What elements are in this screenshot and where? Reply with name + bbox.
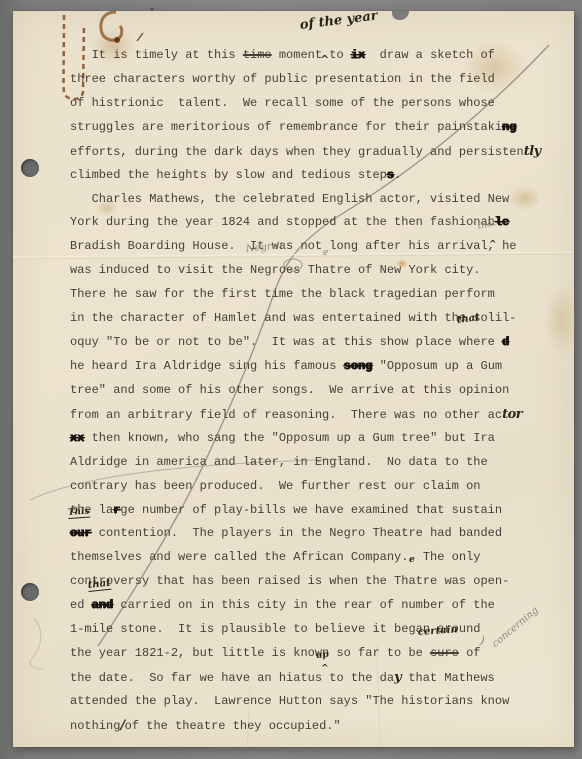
typed-text-segment: of [459,646,481,660]
typed-text-segment: oquy "To be or not to be". It was at thi… [70,335,502,349]
blot-text: ng [502,120,516,134]
blot-text: le [495,215,509,229]
typed-line: Aldridge in america and later, in Englan… [70,451,541,475]
typed-line: attended the play. Lawrence Hutton says … [70,690,541,714]
typed-text-segment: moment to [272,48,351,62]
typed-text-segment: ge number of play-bills we have examined… [120,503,502,517]
typed-line: oquy "To be or not to be". It was at thi… [70,331,541,355]
typed-line: efforts, during the dark days when they … [70,140,541,164]
typed-text-segment: in the character of Hamlet and was enter… [70,311,516,325]
typed-text: It is timely at this time moment to ix d… [70,44,541,738]
typed-text-segment: then known, who sang the "Opposum up a G… [84,431,494,445]
typed-line: struggles are meritorious of remembrance… [70,116,541,140]
hand-text: tly [524,144,541,159]
typed-text-segment: Bradish Boarding House. It was not long … [70,239,516,253]
typed-line: contrary has been produced. We further r… [70,475,541,499]
punch-hole-bottom [21,583,39,601]
typed-line: Charles Mathews, the celebrated English … [70,188,541,212]
typed-line: the date. So far we have an hiatus to th… [70,666,541,690]
typed-text-segment: that Mathews [401,671,495,685]
typed-text-segment: from an arbitrary field of reasoning. Th… [70,408,502,422]
typed-line: from an arbitrary field of reasoning. Th… [70,403,541,427]
note-e-theatre-1: e [323,249,328,258]
typed-text-segment: themselves and were called the African C… [70,550,480,564]
caret-after-moment: ^ [320,54,329,65]
note-this: This [68,507,90,518]
typed-line: tree" and some of his other songs. We ar… [70,379,541,403]
typed-line: Bradish Boarding House. It was not long … [70,235,541,259]
note-e-theatre-2: e [409,556,415,565]
typed-text-segment: efforts, during the dark days when they … [70,145,524,159]
typed-line: climbed the heights by slow and tedious … [70,164,541,188]
blot-text: d [502,335,509,349]
typed-text-segment: was induced to visit the Negroes Thatre … [70,263,480,277]
typed-line: of histrionic talent. We recall some of … [70,92,541,116]
typed-text-segment: . [394,168,401,182]
typed-text-segment: It is timely at this [92,48,243,62]
caret-after-hiatus: ^ [321,665,329,674]
typed-text-segment: controversy that has been raised is when… [70,574,509,588]
typed-line: the large number of play-bills we have e… [70,499,541,523]
blot-text: xx [70,431,84,445]
typed-text-segment: Aldridge in america and later, in Englan… [70,455,488,469]
typed-text-segment: nothing [70,719,120,733]
hand-text: tor [502,407,522,422]
typed-text-segment: "Opposum up a Gum [372,359,502,373]
blot-text: and [92,598,114,612]
typed-text-segment: climbed the heights by slow and tedious … [70,168,387,182]
typed-line: three characters worthy of public presen… [70,68,541,92]
typed-text-segment: the year 1821-2, but little is known so … [70,646,430,660]
blot-text: s [387,168,394,182]
typed-line: nothing/of the theatre they occupied." [70,714,541,738]
typed-line: xx then known, who sang the "Opposum up … [70,427,541,451]
typed-text-segment: the date. So far we have an hiatus to th… [70,671,394,685]
typed-text-segment: Charles Mathews, the celebrated English … [92,192,510,206]
typed-text-segment: he heard Ira Aldridge sing his famous [70,359,344,373]
typed-line: It is timely at this time moment to ix d… [70,44,541,68]
typed-line: 1-mile stone. It is plausible to believe… [70,618,541,642]
typed-text-segment: York during the year 1824 and stopped at… [70,215,495,229]
typed-text-segment: contrary has been produced. We further r… [70,479,480,493]
blot-text: song [344,359,373,373]
typed-line: our contention. The players in the Negro… [70,522,541,546]
typed-text-segment: draw a sketch of [365,48,495,62]
typed-line: York during the year 1824 and stopped at… [70,211,541,235]
typed-text-segment: of histrionic talent. We recall some of … [70,96,495,110]
typed-line: he heard Ira Aldridge sing his famous so… [70,355,541,379]
typed-text-segment: contention. The players in the Negro The… [92,526,502,540]
punch-hole-top [21,159,39,177]
blot-text: our [70,526,92,540]
typed-text-segment: attended the play. Lawrence Hutton says … [70,694,509,708]
caret-after-arrival: ^ [489,241,497,250]
typed-line: controversy that has been raised is when… [70,570,541,594]
typed-text-segment: of the theatre they occupied." [125,719,341,733]
typed-text-segment: There he saw for the first time the blac… [70,287,495,301]
typed-text-segment: tree" and some of his other songs. We ar… [70,383,509,397]
typed-line: themselves and were called the African C… [70,546,541,570]
typed-text-segment: struggles are meritorious of remembrance… [70,120,502,134]
typed-text-segment: carried on in this city in the rear of n… [113,598,495,612]
blot-text: ix [351,48,365,62]
typed-line: There he saw for the first time the blac… [70,283,541,307]
strike-text: sure [430,646,459,660]
strike-text: time [243,48,272,62]
typed-line: was induced to visit the Negroes Thatre … [70,259,541,283]
typed-line: the year 1821-2, but little is known so … [70,642,541,666]
typed-text-segment: three characters worthy of public presen… [70,72,495,86]
typed-text-segment: ed [70,598,92,612]
scanned-document-page: It is timely at this time moment to ix d… [0,0,582,759]
note-up: up [316,651,330,661]
typed-line: ed and carried on in this city in the re… [70,594,541,618]
